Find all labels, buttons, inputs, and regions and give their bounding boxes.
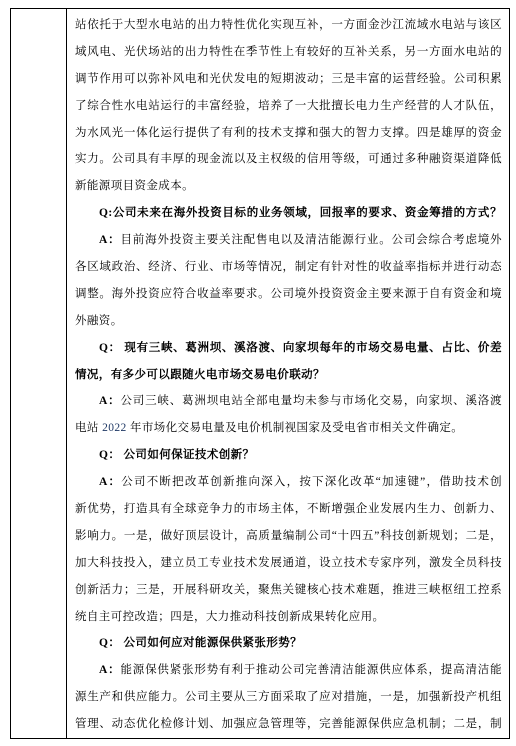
text-line: 影响力。一是，做好顶层设计，高质量编制公司“十四五”科技创新规划；二是， [75, 523, 502, 550]
text-line: Q： 现有三峡、葛洲坝、溪洛渡、向家坝每年的市场交易电量、占比、价差 [75, 335, 502, 362]
text-line: 调节作用可以弥补风电和光伏发电的短期波动；三是丰富的运营经验。公司积累 [75, 66, 502, 93]
text-line: 实力。公司具有丰厚的现金流以及主权级的信用等级，可通过多种融资渠道降低 [75, 146, 502, 173]
document-table: 站依托于大型水电站的出力特性优化实现互补，一方面金沙江流域水电站与该区域风电、光… [10, 8, 510, 739]
text-segment: 外融资。 [75, 315, 123, 327]
text-segment: 2022 [102, 422, 127, 434]
text-segment: 能源保供紧张形势有利于推动公司完善清洁能源供应体系，提高清洁能 [120, 664, 502, 676]
text-line: 统自主可控改造；四是，大力推动科技创新成果转化应用。 [75, 604, 502, 631]
text-line: 源生产和供应能力。公司主要从三方面采取了应对措施，一是，加强新投产机组 [75, 684, 502, 711]
text-line: 新优势，打造具有全球竞争力的市场主体，不断增强企业发展内生力、创新力、 [75, 496, 502, 523]
text-line: 加大科技投入，建立员工专业技术发展通道，设立技术专家序列，激发全员科技 [75, 550, 502, 577]
text-segment: 公司三峡、葛洲坝电站全部电量均未参与市场化交易，向家坝、溪洛渡 [120, 395, 502, 407]
text-segment: 域风电、光伏场站的出力特性在季节性上有较好的互补关系，另一方面水电站的 [75, 46, 502, 58]
text-line: Q： 公司如何应对能源保供紧张形势？ [75, 630, 502, 657]
text-segment: A： [99, 664, 120, 676]
text-line: 域风电、光伏场站的出力特性在季节性上有较好的互补关系，另一方面水电站的 [75, 39, 502, 66]
text-segment: 创新活力；三是，开展科研攻关，聚焦关键核心技术难题，推进三峡枢纽工控系 [75, 584, 502, 596]
text-segment: 新优势，打造具有全球竞争力的市场主体，不断增强企业发展内生力、创新力、 [75, 503, 502, 515]
text-line: A：公司三峡、葛洲坝电站全部电量均未参与市场化交易，向家坝、溪洛渡 [75, 388, 502, 415]
text-segment: 各区域政治、经济、行业、市场等情况，制定有针对性的收益率指标并进行动态 [75, 261, 502, 273]
text-segment: 调节作用可以弥补风电和光伏发电的短期波动；三是丰富的运营经验。公司积累 [75, 73, 502, 85]
text-segment: 新能源项目资金成本。 [75, 180, 194, 192]
text-segment: 站依托于大型水电站的出力特性优化实现互补，一方面金沙江流域水电站与该区 [75, 19, 502, 31]
text-line: 外融资。 [75, 308, 502, 335]
text-segment: 电站 [75, 422, 102, 434]
document-lines: 站依托于大型水电站的出力特性优化实现互补，一方面金沙江流域水电站与该区域风电、光… [75, 12, 502, 738]
text-segment: Q:公司未来在海外投资目标的业务领域，回报率的要求、资金筹措的方式？ [99, 207, 502, 219]
text-segment: 了综合性水电站运行的丰富经验，培养了一大批擅长电力生产经营的人才队伍， [75, 100, 502, 112]
text-line: 了综合性水电站运行的丰富经验，培养了一大批擅长电力生产经营的人才队伍， [75, 93, 502, 120]
text-segment: 统自主可控改造；四是，大力推动科技创新成果转化应用。 [75, 611, 384, 623]
text-segment: Q： 公司如何应对能源保供紧张形势？ [99, 637, 302, 649]
text-segment: A： [99, 476, 121, 488]
text-segment: 实力。公司具有丰厚的现金流以及主权级的信用等级，可通过多种融资渠道降低 [75, 153, 502, 165]
text-segment: 年市场化交易电量及电价机制视国家及受电省市相关文件确定。 [127, 422, 463, 434]
text-line: 各区域政治、经济、行业、市场等情况，制定有针对性的收益率指标并进行动态 [75, 254, 502, 281]
text-segment: Q： 现有三峡、葛洲坝、溪洛渡、向家坝每年的市场交易电量、占比、价差 [99, 342, 502, 354]
document-page: 站依托于大型水电站的出力特性优化实现互补，一方面金沙江流域水电站与该区域风电、光… [0, 0, 516, 746]
text-line: 为水风光一体化运行提供了有利的技术支撑和强大的智力支撑。四是雄厚的资金 [75, 120, 502, 147]
text-segment: 情况，有多少可以跟随火电市场交易电价联动？ [75, 369, 325, 381]
text-segment: A： [99, 234, 120, 246]
text-line: 站依托于大型水电站的出力特性优化实现互补，一方面金沙江流域水电站与该区 [75, 12, 502, 39]
text-segment: 管理、动态优化检修计划、加强应急管理等，完善能源保供应急机制；二是，制 [75, 718, 502, 730]
text-segment: 调整。海外投资应符合收益率要求。公司境外投资资金主要来源于自有资金和境 [75, 288, 502, 300]
text-line: 管理、动态优化检修计划、加强应急管理等，完善能源保供应急机制；二是，制 [75, 711, 502, 738]
text-segment: A： [99, 395, 120, 407]
text-line: A：公司不断把改革创新推向深入，按下深化改革“加速键”，借助技术创 [75, 469, 502, 496]
text-segment: 目前海外投资主要关注配售电以及清洁能源行业。公司会综合考虑境外 [120, 234, 502, 246]
text-line: 创新活力；三是，开展科研攻关，聚焦关键核心技术难题，推进三峡枢纽工控系 [75, 577, 502, 604]
text-line: A：能源保供紧张形势有利于推动公司完善清洁能源供应体系，提高清洁能 [75, 657, 502, 684]
text-segment: 公司不断把改革创新推向深入，按下深化改革“加速键”，借助技术创 [121, 476, 502, 488]
text-segment: 影响力。一是，做好顶层设计，高质量编制公司“十四五”科技创新规划；二是， [75, 530, 502, 542]
text-segment: 源生产和供应能力。公司主要从三方面采取了应对措施，一是，加强新投产机组 [75, 691, 502, 703]
text-line: 新能源项目资金成本。 [75, 173, 502, 200]
qa-content-cell: 站依托于大型水电站的出力特性优化实现互补，一方面金沙江流域水电站与该区域风电、光… [67, 9, 509, 738]
text-line: 情况，有多少可以跟随火电市场交易电价联动？ [75, 362, 502, 389]
text-line: Q： 公司如何保证技术创新？ [75, 442, 502, 469]
text-segment: 加大科技投入，建立员工专业技术发展通道，设立技术专家序列，激发全员科技 [75, 557, 502, 569]
text-line: A：目前海外投资主要关注配售电以及清洁能源行业。公司会综合考虑境外 [75, 227, 502, 254]
empty-side-cell [11, 9, 67, 738]
text-segment: Q： 公司如何保证技术创新？ [99, 449, 254, 461]
text-line: 调整。海外投资应符合收益率要求。公司境外投资资金主要来源于自有资金和境 [75, 281, 502, 308]
text-line: Q:公司未来在海外投资目标的业务领域，回报率的要求、资金筹措的方式？ [75, 200, 502, 227]
text-segment: 为水风光一体化运行提供了有利的技术支撑和强大的智力支撑。四是雄厚的资金 [75, 127, 502, 139]
text-line: 电站 2022 年市场化交易电量及电价机制视国家及受电省市相关文件确定。 [75, 415, 502, 442]
